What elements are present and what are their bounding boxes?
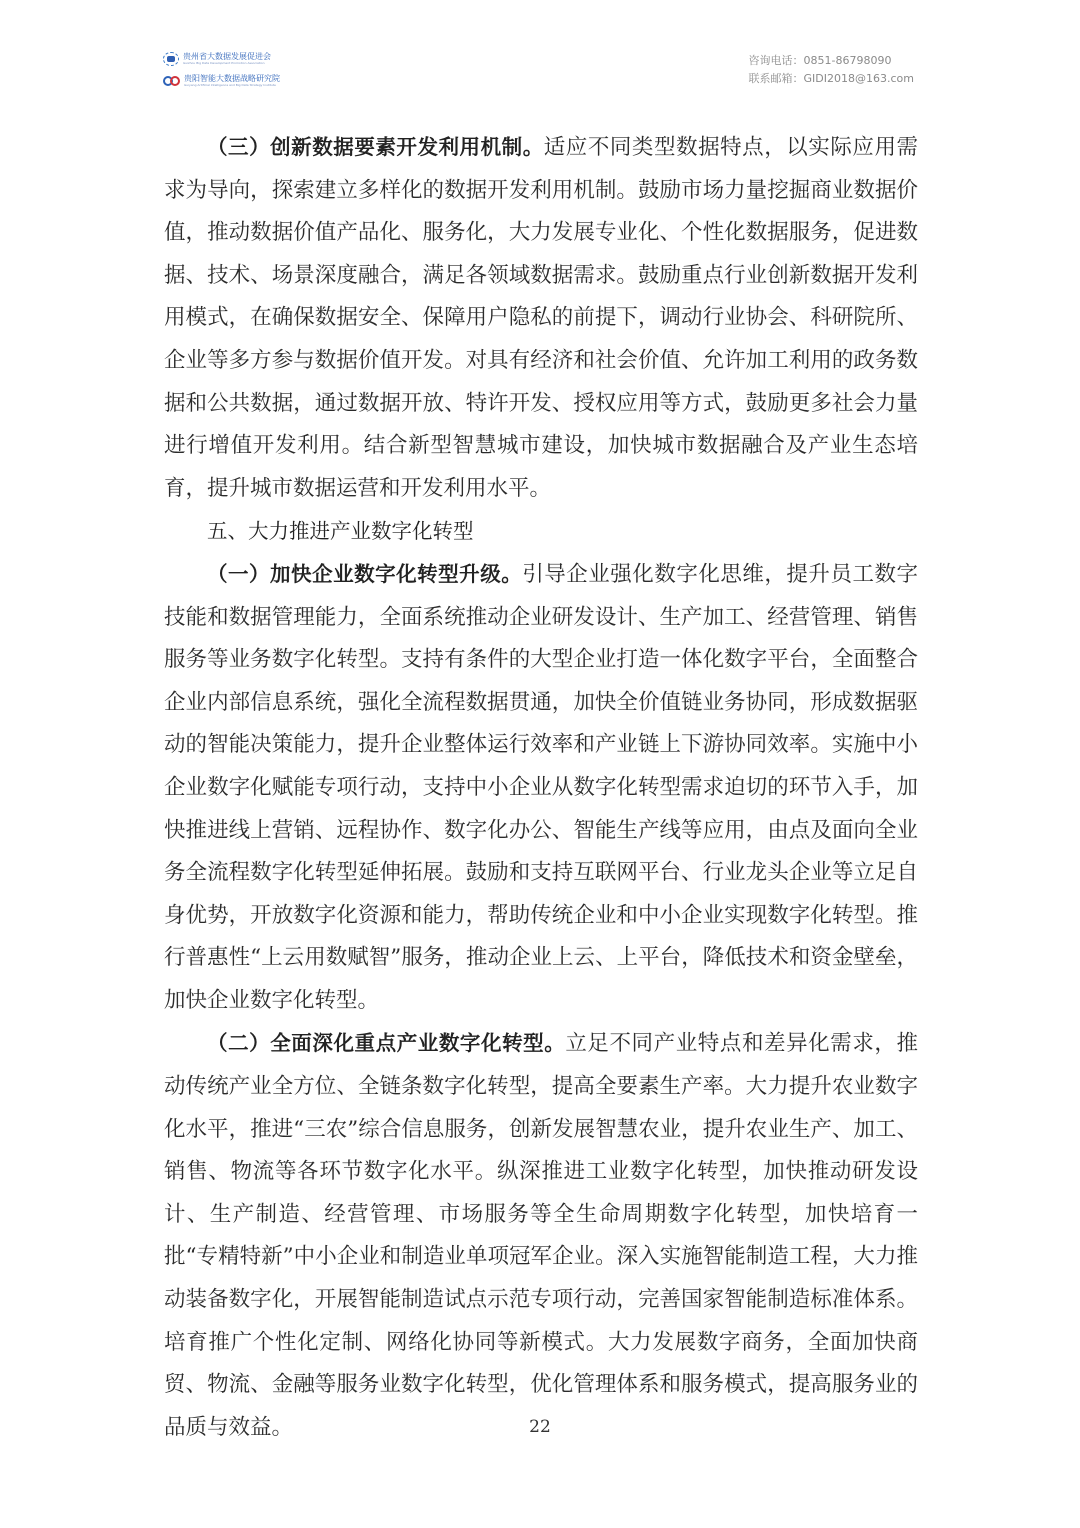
logo-title: 贵阳智能大数据战略研究院 <box>184 75 280 83</box>
contact-info: 咨询电话：0851-86798090 联系邮箱：GIDI2018@163.com <box>749 52 914 88</box>
logo-strategy-institute: 贵阳智能大数据战略研究院 Guiyang Artificial Intellig… <box>163 72 313 90</box>
logo-promotion-association: 贵州省大数据发展促进会 Guizhou Big Data Development… <box>163 50 313 68</box>
logo-subtitle: Guizhou Big Data Development Promotion A… <box>183 62 271 65</box>
paragraph-lead: （一）加快企业数字化转型升级。 <box>207 562 522 586</box>
page-header: 贵州省大数据发展促进会 Guizhou Big Data Development… <box>0 0 1080 100</box>
contact-phone: 咨询电话：0851-86798090 <box>749 52 914 70</box>
logo-title: 贵州省大数据发展促进会 <box>183 53 271 61</box>
paragraph-lead: （三）创新数据要素开发利用机制。 <box>207 135 544 159</box>
paragraph-text: 引导企业强化数字化思维，提升员工数字技能和数据管理能力，全面系统推动企业研发设计… <box>164 562 918 1013</box>
paragraph-text: 适应不同类型数据特点，以实际应用需求为导向，探索建立多样化的数据开发利用机制。鼓… <box>164 135 918 501</box>
paragraph-data-element-development: （三）创新数据要素开发利用机制。适应不同类型数据特点，以实际应用需求为导向，探索… <box>164 126 918 510</box>
institute-logo-icon <box>163 75 181 87</box>
paragraph-lead: （二）全面深化重点产业数字化转型。 <box>207 1031 565 1055</box>
paragraph-enterprise-digital-upgrade: （一）加快企业数字化转型升级。引导企业强化数字化思维，提升员工数字技能和数据管理… <box>164 553 918 1023</box>
paragraph-text: 立足不同产业特点和差异化需求，推动传统产业全方位、全链条数字化转型，提高全要素生… <box>164 1031 918 1439</box>
page-number: 22 <box>0 1417 1080 1437</box>
contact-email: 联系邮箱：GIDI2018@163.com <box>749 70 914 88</box>
section-heading: 五、大力推进产业数字化转型 <box>164 510 918 553</box>
paragraph-key-industry-transformation: （二）全面深化重点产业数字化转型。立足不同产业特点和差异化需求，推动传统产业全方… <box>164 1022 918 1449</box>
document-body: （三）创新数据要素开发利用机制。适应不同类型数据特点，以实际应用需求为导向，探索… <box>164 126 918 1449</box>
logo-block: 贵州省大数据发展促进会 Guizhou Big Data Development… <box>163 50 313 94</box>
logo-subtitle: Guiyang Artificial Intelligence and Big … <box>184 84 280 87</box>
association-logo-icon <box>163 52 179 66</box>
